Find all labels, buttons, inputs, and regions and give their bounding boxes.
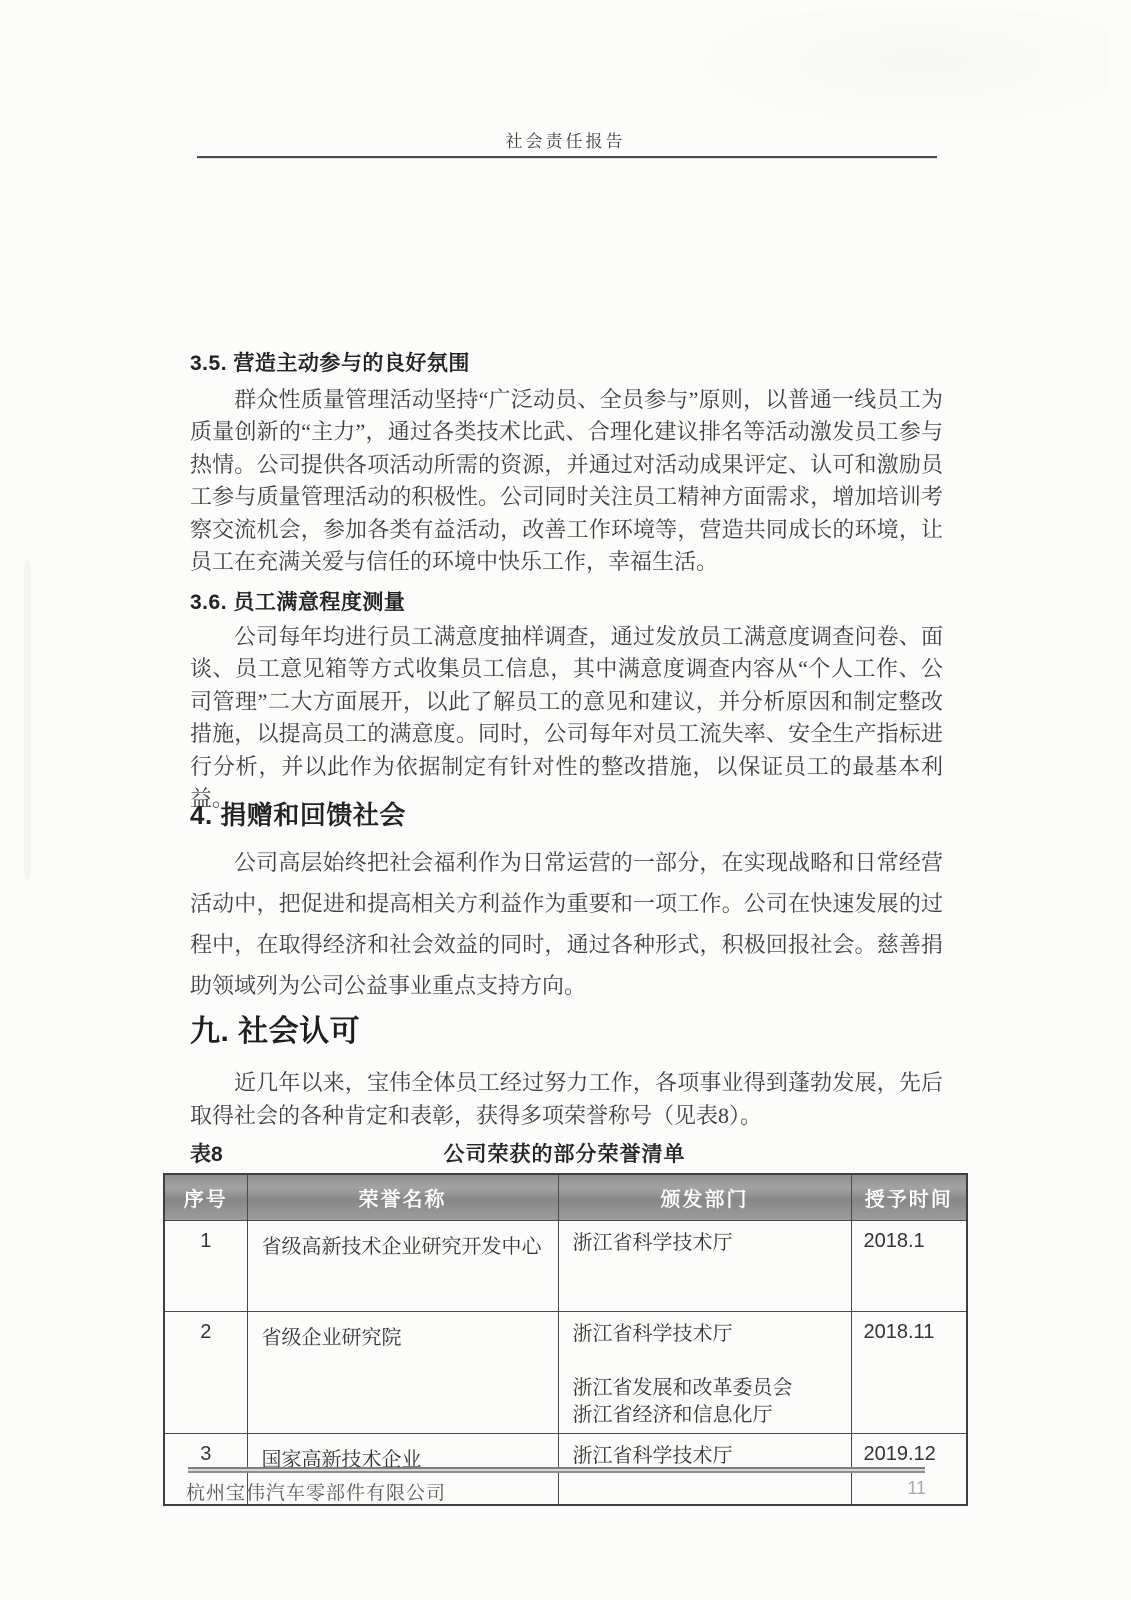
cell-department: 浙江省科学技术厅: [558, 1221, 851, 1312]
cell-honor: 省级高新技术企业研究开发中心: [247, 1221, 558, 1312]
honor-table: 序号 荣誉名称 颁发部门 授予时间 1 省级高新技术企业研究开发中心 浙江省科学…: [163, 1173, 968, 1506]
section-9-paragraph: 近几年以来，宝伟全体员工经过努力工作，各项事业得到蓬勃发展，先后取得社会的各种肯…: [190, 1066, 943, 1132]
section-9-heading: 九. 社会认可: [190, 1006, 943, 1050]
table-header-row: 序号 荣誉名称 颁发部门 授予时间: [164, 1174, 967, 1221]
footer-page-number: 11: [907, 1478, 926, 1499]
column-header-department: 颁发部门: [558, 1174, 851, 1221]
section-4-heading: 4. 捐赠和回馈社会: [190, 795, 943, 832]
column-header-no: 序号: [164, 1174, 247, 1221]
table-caption-title: 公司荣获的部分荣誉清单: [163, 1138, 966, 1168]
section-3-6-heading: 3.6. 员工满意程度测量: [190, 586, 943, 616]
scan-artifact: [640, 10, 1110, 140]
running-header-title: 社会责任报告: [0, 127, 1131, 152]
page-footer: 杭州宝伟汽车零部件有限公司 11: [186, 1478, 926, 1505]
section-3-5-paragraph: 群众性质量管理活动坚持“广泛动员、全员参与”原则，以普通一线员工为质量创新的“主…: [190, 384, 943, 578]
footer-company-name: 杭州宝伟汽车零部件有限公司: [186, 1478, 446, 1505]
header-rule: [197, 156, 937, 158]
cell-date: 2018.1: [851, 1221, 967, 1312]
table-row: 1 省级高新技术企业研究开发中心 浙江省科学技术厅 2018.1: [164, 1221, 967, 1312]
cell-no: 1: [164, 1221, 247, 1312]
document-page: 社会责任报告 3.5. 营造主动参与的良好氛围 群众性质量管理活动坚持“广泛动员…: [0, 0, 1131, 1600]
section-3-6-paragraph: 公司每年均进行员工满意度抽样调查，通过发放员工满意度调查问卷、面谈、员工意见箱等…: [190, 621, 943, 815]
cell-no: 2: [164, 1312, 247, 1434]
table-row: 2 省级企业研究院 浙江省科学技术厅 浙江省发展和改革委员会 浙江省经济和信息化…: [164, 1312, 967, 1434]
cell-date: 2018.11: [851, 1312, 967, 1434]
column-header-honor: 荣誉名称: [247, 1174, 558, 1221]
scan-artifact: [24, 560, 31, 880]
section-3-5-heading: 3.5. 营造主动参与的良好氛围: [190, 347, 943, 377]
cell-department: 浙江省科学技术厅 浙江省发展和改革委员会 浙江省经济和信息化厅: [558, 1312, 851, 1434]
table-caption: 表8 公司荣获的部分荣誉清单: [163, 1138, 966, 1164]
table-caption-label: 表8: [190, 1138, 223, 1168]
section-4-paragraph: 公司高层始终把社会福利作为日常运营的一部分，在实现战略和日常经营活动中，把促进和…: [190, 842, 943, 1006]
cell-honor: 省级企业研究院: [247, 1312, 558, 1434]
column-header-date: 授予时间: [851, 1174, 967, 1221]
footer-rule: [188, 1467, 925, 1473]
